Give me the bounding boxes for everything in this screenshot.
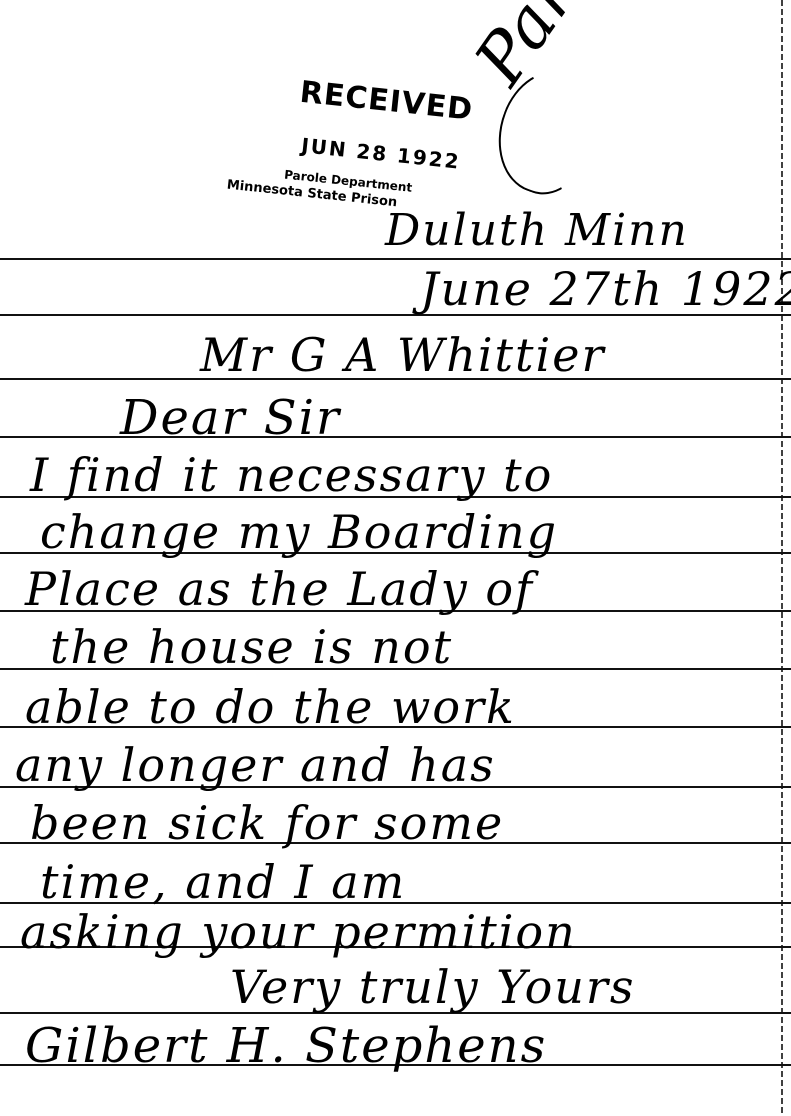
- body-line: able to do the work: [25, 680, 516, 734]
- date-line: June 27th 1922: [420, 262, 791, 316]
- page-right-border: [781, 0, 783, 1116]
- signature: Gilbert H. Stephens: [25, 1018, 547, 1074]
- closing: Very truly Yours: [230, 960, 636, 1014]
- body-line: change my Boarding: [40, 505, 558, 559]
- salutation: Dear Sir: [120, 390, 341, 446]
- body-line: I find it necessary to: [30, 448, 553, 502]
- place-line: Duluth Minn: [385, 205, 689, 256]
- stamp-title: RECEIVED: [298, 75, 475, 128]
- body-line: been sick for some: [30, 796, 504, 850]
- addressee: Mr G A Whittier: [200, 328, 605, 382]
- body-line: Place as the Lady of: [25, 562, 534, 616]
- stamp-date: JUN 28 1922: [300, 133, 461, 174]
- ruled-line: [0, 258, 791, 260]
- ruled-line: [0, 436, 791, 438]
- body-line: asking your permition: [20, 905, 577, 959]
- letter-page: RECEIVED JUN 28 1922 Parole Department M…: [0, 0, 791, 1116]
- body-line: time, and I am: [40, 855, 406, 909]
- body-line: the house is not: [50, 620, 453, 674]
- body-line: any longer and has: [15, 738, 496, 792]
